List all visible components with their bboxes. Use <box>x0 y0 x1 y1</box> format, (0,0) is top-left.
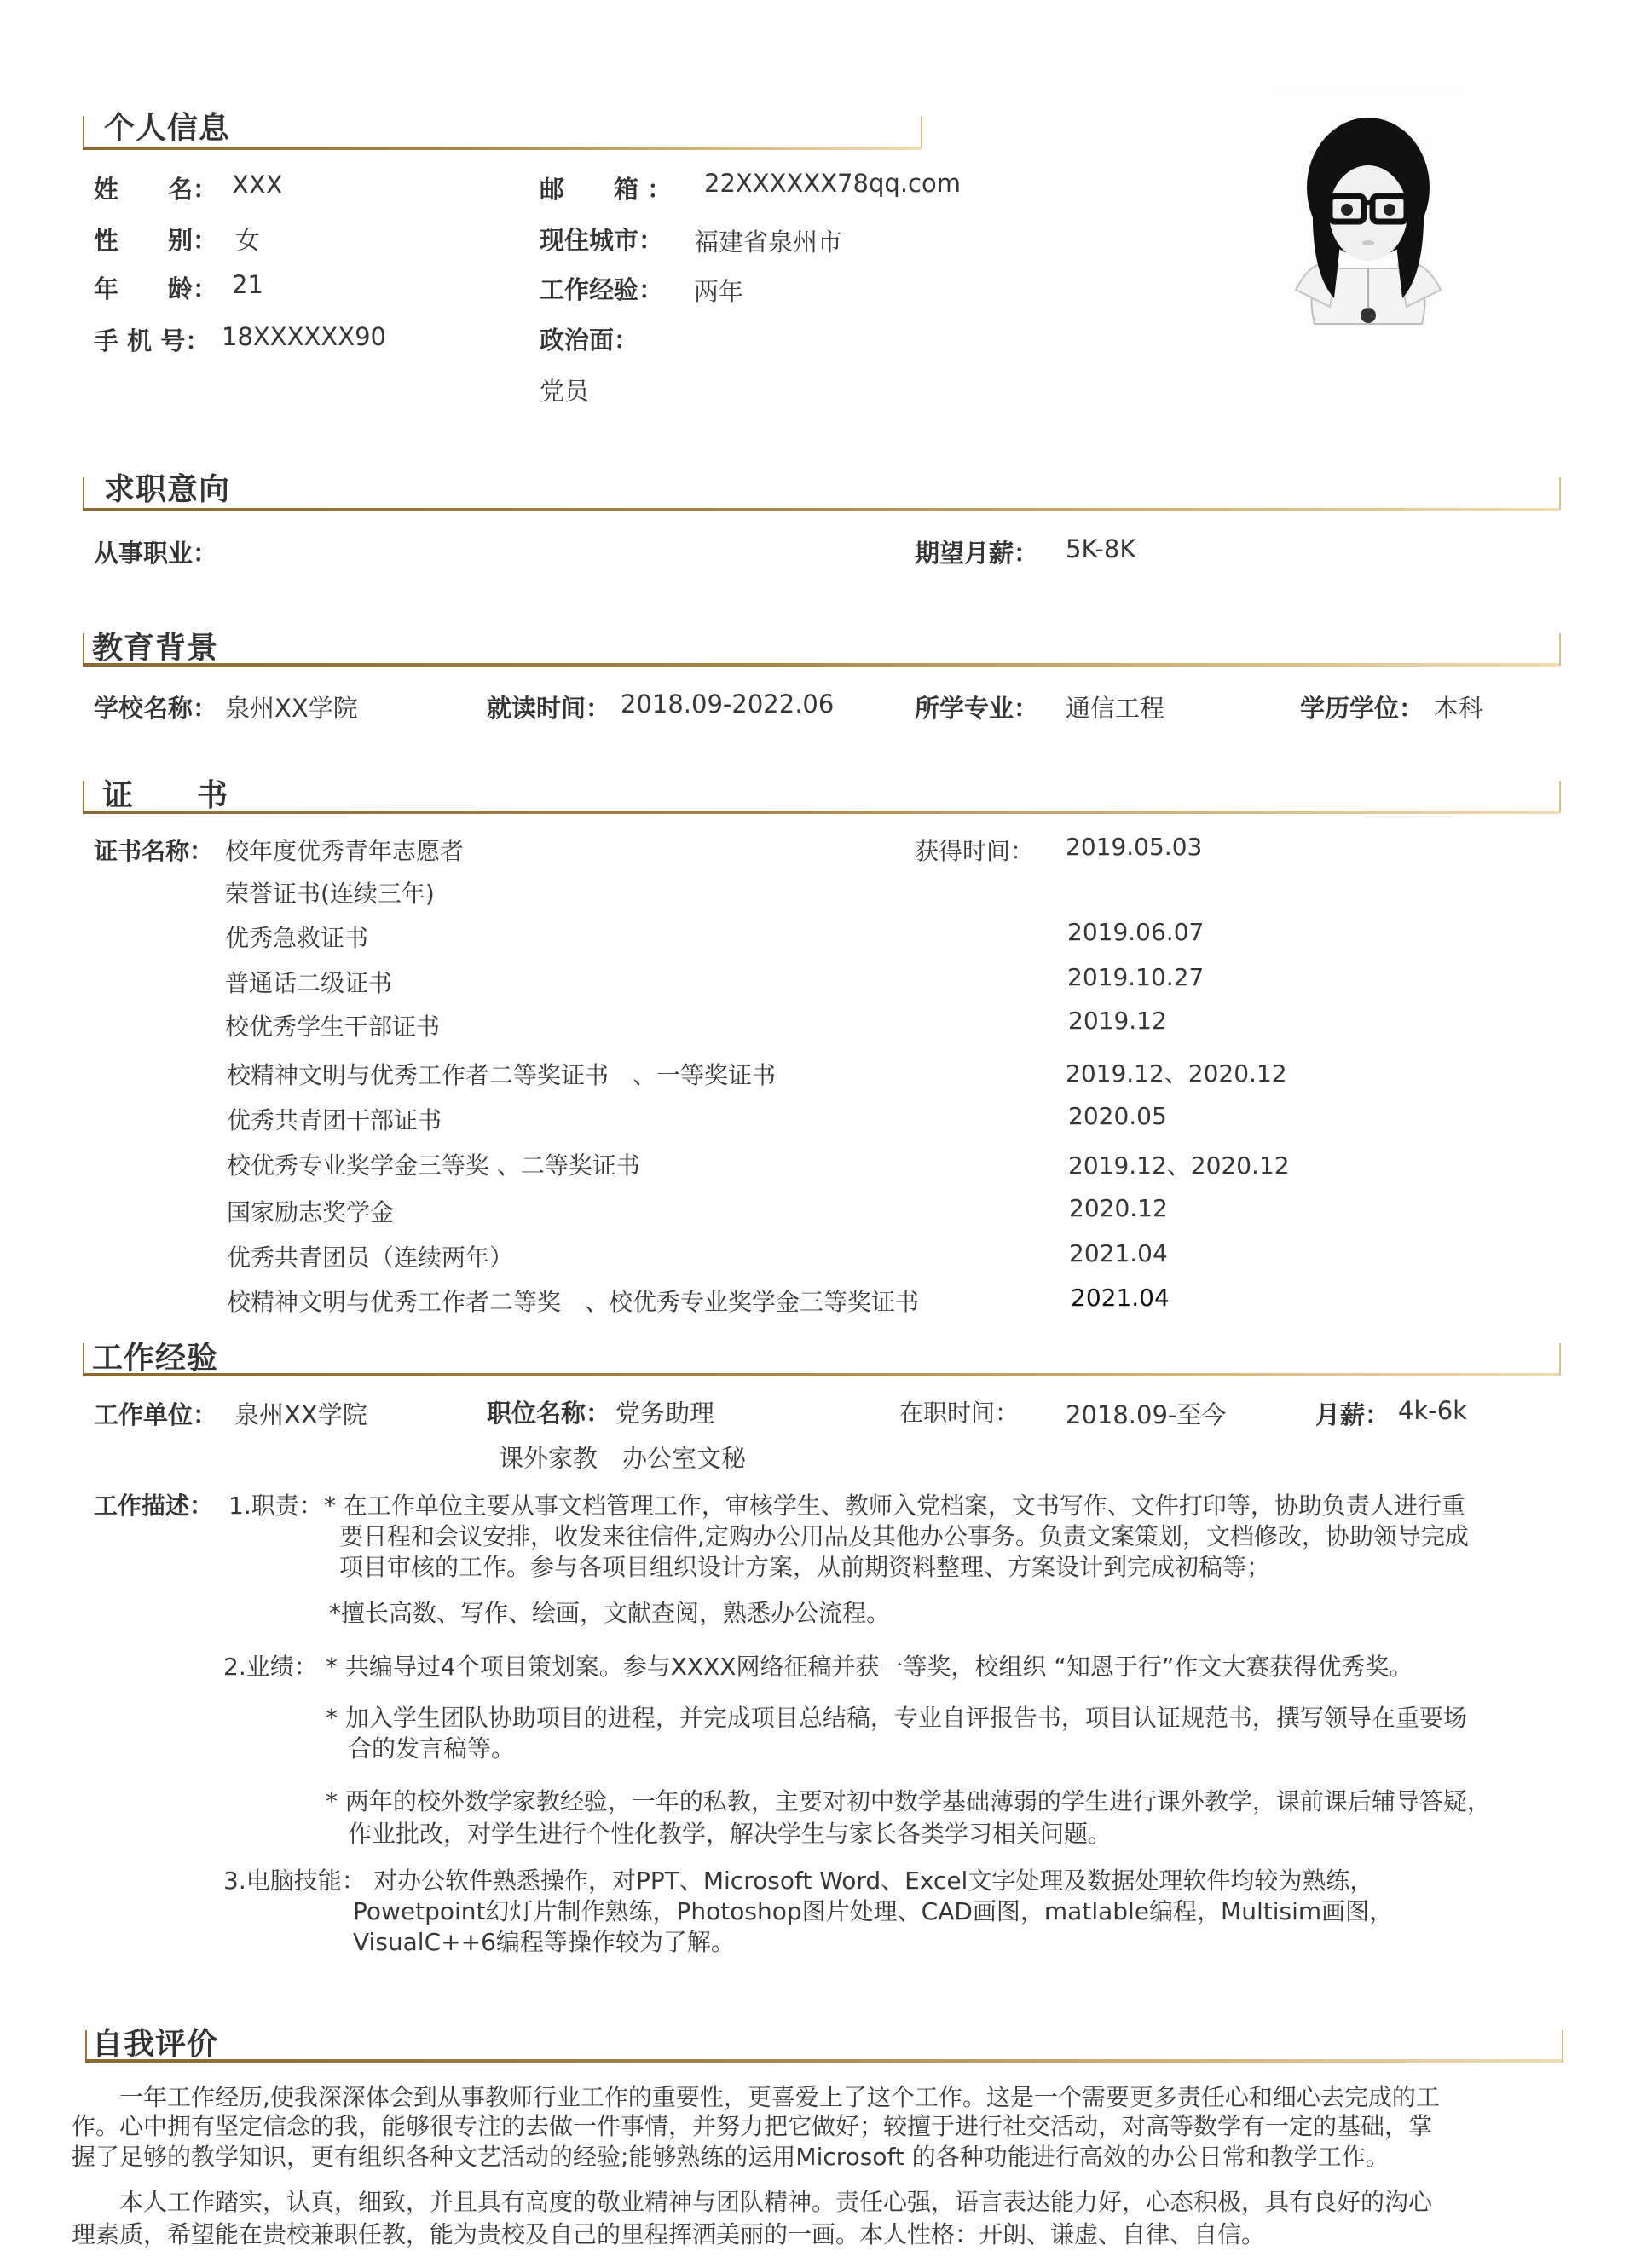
cert-item-name: 校优秀专业奖学金三等奖 、二等奖证书 <box>227 1147 640 1181</box>
political-value: 党员 <box>540 372 589 407</box>
age-label: 年 龄： <box>94 270 217 305</box>
skills-label: 3.电脑技能： <box>223 1862 366 1896</box>
cert-item-name: 校优秀学生干部证书 <box>225 1008 440 1042</box>
gender-value: 女 <box>235 222 260 257</box>
cert-name-label: 证书名称： <box>94 833 213 867</box>
major-label: 所学专业： <box>915 690 1038 724</box>
cert-item-name: 普通话二级证书 <box>225 965 392 999</box>
age-value: 21 <box>232 270 263 299</box>
cert-item-date: 2019.05.03 <box>1066 833 1202 861</box>
self-paragraph-1-line: 握了足够的教学知识，更有组织各种文艺活动的经验;能够熟练的运用Microsoft… <box>72 2138 1390 2173</box>
cert-item-date: 2019.12、2020.12 <box>1068 1147 1290 1181</box>
study-period-value: 2018.09-2022.06 <box>621 690 834 718</box>
intent-section-frame <box>83 477 1561 510</box>
city-label: 现住城市： <box>540 222 663 257</box>
cert-item-name: 校年度优秀青年志愿者 <box>225 833 464 867</box>
school-label: 学校名称： <box>94 690 217 724</box>
degree-label: 学历学位： <box>1300 690 1424 724</box>
self-section-title: 自我评价 <box>92 2020 218 2063</box>
cert-section-title: 证 书 <box>102 771 228 815</box>
self-paragraph-2-line: 理素质，希望能在贵校兼职任教，能为贵校及自己的里程挥洒美丽的一画。本人性格：开朗… <box>72 2216 1265 2250</box>
major-value: 通信工程 <box>1066 690 1164 724</box>
work-section-divider <box>83 1373 1559 1376</box>
degree-value: 本科 <box>1434 690 1483 724</box>
position-value-2: 课外家教 办公室文秘 <box>499 1440 746 1474</box>
cert-section-frame <box>83 781 1561 813</box>
cert-item-name: 优秀共青团员（连续两年） <box>227 1239 513 1273</box>
cert-item-name: 校精神文明与优秀工作者二等奖证书 、一等奖证书 <box>227 1057 776 1091</box>
intent-section-title: 求职意向 <box>104 465 230 509</box>
cert-date-label: 获得时间： <box>915 833 1034 867</box>
name-value: XXX <box>232 170 283 199</box>
experience-value: 两年 <box>694 273 743 308</box>
skills-line: VisualC++6编程等操作较为了解。 <box>353 1924 735 1958</box>
cert-item-date: 2020.05 <box>1068 1102 1167 1130</box>
work-unit-label: 工作单位： <box>94 1396 217 1431</box>
skills-line: 对办公软件熟悉操作，对PPT、Microsoft Word、Excel文字处理及… <box>373 1862 1373 1896</box>
education-section-frame <box>83 633 1561 666</box>
cert-item-date: 2019.06.07 <box>1067 918 1204 946</box>
performance-line: 作业批改，对学生进行个性化教学，解决学生与家长各类学习相关问题。 <box>348 1815 1112 1850</box>
cert-item-date: 2021.04 <box>1069 1239 1168 1267</box>
education-section-divider <box>83 663 1559 667</box>
cert-item-date: 2019.12、2020.12 <box>1066 1055 1287 1089</box>
avatar <box>1270 85 1466 362</box>
self-section-frame <box>85 2030 1563 2063</box>
email-label: 邮 箱 ： <box>540 170 672 205</box>
performance-line: * 加入学生团队协助项目的进程，并完成项目总结稿，专业自评报告书，项目认证规范书… <box>326 1700 1467 1734</box>
political-label: 政治面： <box>540 321 638 356</box>
email-value: 22XXXXXX78qq.com <box>704 169 961 198</box>
cert-item-name: 优秀急救证书 <box>225 920 368 954</box>
phone-label: 手 机 号： <box>94 322 210 357</box>
self-section-divider <box>85 2059 1562 2063</box>
cert-item-date: 2021.04 <box>1071 1284 1170 1312</box>
cert-item-name: 荣誉证书(连续三年) <box>225 875 435 909</box>
work-desc-label: 工作描述： <box>94 1487 213 1521</box>
work-salary-value: 4k-6k <box>1398 1396 1467 1425</box>
position-value: 党务助理 <box>615 1394 714 1429</box>
work-section-frame <box>83 1343 1561 1376</box>
skills-line: Powetpoint幻灯片制作熟练，Photoshop图片处理、CAD画图，ma… <box>353 1893 1393 1927</box>
work-section-title: 工作经验 <box>92 1334 218 1377</box>
cert-item-date: 2019.10.27 <box>1067 963 1204 991</box>
cert-item-name: 优秀共青团干部证书 <box>227 1102 442 1136</box>
performance-line: * 两年的校外数学家教经验，一年的私教，主要对初中数学基础薄弱的学生进行课外教学… <box>326 1783 1491 1817</box>
cert-item-name: 校精神文明与优秀工作者二等奖 、校优秀专业奖学金三等奖证书 <box>227 1284 919 1318</box>
school-value: 泉州XX学院 <box>225 690 358 724</box>
work-period-value: 2018.09-至今 <box>1066 1396 1226 1431</box>
work-unit-value: 泉州XX学院 <box>234 1396 367 1431</box>
cert-section-divider <box>83 811 1559 814</box>
duty-line: * 在工作单位主要从事文档管理工作，审核学生、教师入党档案，文书写作、文件打印等… <box>324 1487 1465 1521</box>
name-label: 姓 名： <box>94 170 217 205</box>
expected-salary-label: 期望月薪： <box>915 534 1038 569</box>
duty-line: 要日程和会议安排，收发来往信件,定购办公用品及其他办公事务。负责文案策划，文档修… <box>339 1518 1469 1552</box>
self-paragraph-2-line: 本人工作踏实，认真，细致，并且具有高度的敬业精神与团队精神。责任心强，语言表达能… <box>72 2184 1432 2218</box>
duty-label: 1.职责： <box>228 1487 323 1521</box>
study-period-label: 就读时间： <box>487 690 610 724</box>
position-label: 职位名称： <box>487 1394 610 1429</box>
cert-item-date: 2020.12 <box>1069 1194 1168 1222</box>
intent-section-divider <box>83 508 1559 511</box>
phone-value: 18XXXXXX90 <box>222 322 386 351</box>
job-label: 从事职业： <box>94 534 217 569</box>
self-paragraph-1-line: 作。心中拥有坚定信念的我，能够很专注的去做一件事情，并努力把它做好；较擅于进行社… <box>72 2108 1432 2142</box>
city-value: 福建省泉州市 <box>694 223 842 258</box>
duty-line: 项目审核的工作。参与各项目组织设计方案，从前期资料整理、方案设计到完成初稿等； <box>339 1549 1270 1583</box>
performance-line: * 共编导过4个项目策划案。参与XXXX网络征稿并获一等奖，校组织 “知恩于行”… <box>326 1648 1413 1682</box>
cartoon-girl-glasses-avatar-icon <box>1270 85 1466 362</box>
duty-extra: *擅长高数、写作、绘画，文献查阅，熟悉办公流程。 <box>329 1595 890 1629</box>
work-salary-label: 月薪： <box>1315 1396 1390 1431</box>
cert-item-name: 国家励志奖学金 <box>227 1194 394 1228</box>
performance-line: 合的发言稿等。 <box>348 1730 515 1764</box>
education-section-title: 教育背景 <box>92 624 218 667</box>
experience-label: 工作经验： <box>540 271 663 306</box>
cert-item-date: 2019.12 <box>1068 1007 1167 1035</box>
gender-label: 性 别： <box>94 222 217 257</box>
personal-section-title: 个人信息 <box>104 104 230 147</box>
expected-salary-value: 5K-8K <box>1066 534 1135 563</box>
work-period-label: 在职时间： <box>899 1394 1019 1428</box>
performance-label: 2.业绩： <box>223 1648 318 1682</box>
